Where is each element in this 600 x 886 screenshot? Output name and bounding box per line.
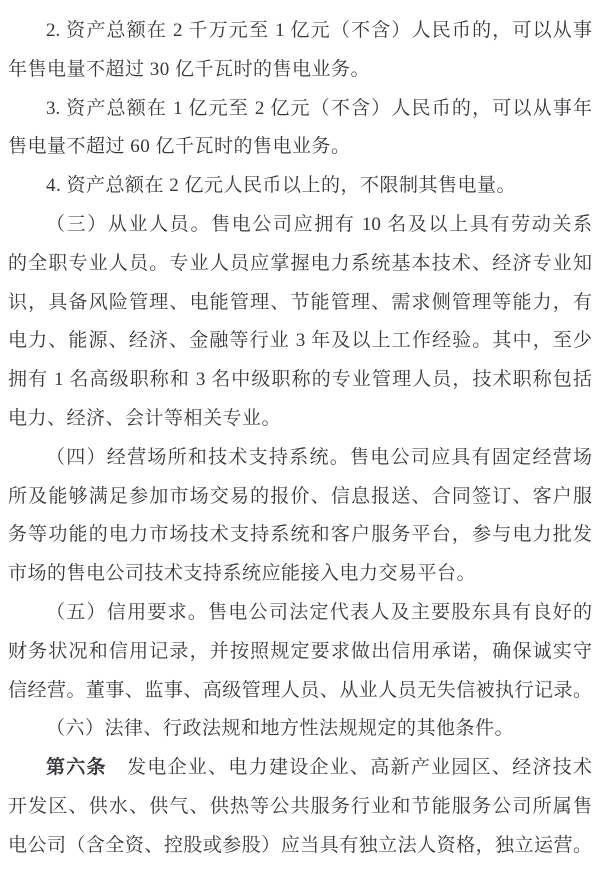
line-text: （三）从业人员。售电公司应拥有 10 名及以上具有劳动关系 <box>46 214 592 235</box>
text-line: （五）信用要求。售电公司法定代表人及主要股东具有良好的 <box>8 594 592 633</box>
article-number: 第六条 <box>46 757 107 778</box>
text-line: 开发区、供水、供气、供热等公共服务行业和节能服务公司所属售 <box>8 788 592 827</box>
line-text: 电力、能源、经济、金融等行业 3 年及以上工作经验。其中，至少 <box>8 330 592 351</box>
line-text: 发电企业、电力建设企业、高新产业园区、经济技术 <box>107 757 592 778</box>
line-text: 信经营。董事、监事、高级管理人员、从业人员无失信被执行记录。 <box>8 680 592 701</box>
text-line: 拥有 1 名高级职称和 3 名中级职称的专业管理人员，技术职称包括 <box>8 361 592 400</box>
line-text: （六）法律、行政法规和地方性法规规定的其他条件。 <box>46 718 514 739</box>
text-line: （三）从业人员。售电公司应拥有 10 名及以上具有劳动关系 <box>8 206 592 245</box>
line-text: 市场的售电公司技术支持系统应能接入电力交易平台。 <box>8 563 476 584</box>
text-line: 的全职专业人员。专业人员应掌握电力系统基本技术、经济专业知 <box>8 245 592 284</box>
text-line: 3. 资产总额在 1 亿元至 2 亿元（不含）人民币的，可以从事年 <box>8 90 592 129</box>
line-text: 务等功能的电力市场技术支持系统和客户服务平台，参与电力批发 <box>8 524 592 545</box>
text-line: 务等功能的电力市场技术支持系统和客户服务平台，参与电力批发 <box>8 516 592 555</box>
text-line: 电力、经济、会计等相关专业。 <box>8 400 592 439</box>
text-line: 所及能够满足参加市场交易的报价、信息报送、合同签订、客户服 <box>8 478 592 517</box>
text-line: 4. 资产总额在 2 亿元人民币以上的，不限制其售电量。 <box>8 167 592 206</box>
line-text: 2. 资产总额在 2 千万元至 1 亿元（不含）人民币的，可以从事 <box>46 20 592 41</box>
text-line: 财务状况和信用记录，并按照规定要求做出信用承诺，确保诚实守 <box>8 633 592 672</box>
line-text: 拥有 1 名高级职称和 3 名中级职称的专业管理人员，技术职称包括 <box>8 369 592 390</box>
text-line: 年售电量不超过 30 亿千瓦时的售电业务。 <box>8 51 592 90</box>
text-line: （四）经营场所和技术支持系统。售电公司应具有固定经营场 <box>8 439 592 478</box>
text-line: （六）法律、行政法规和地方性法规规定的其他条件。 <box>8 710 592 749</box>
text-line: 电公司（含全资、控股或参股）应当具有独立法人资格，独立运营。 <box>8 827 592 866</box>
line-text: 4. 资产总额在 2 亿元人民币以上的，不限制其售电量。 <box>46 175 516 196</box>
document-body: 2. 资产总额在 2 千万元至 1 亿元（不含）人民币的，可以从事年售电量不超过… <box>8 12 592 866</box>
line-text: 的全职专业人员。专业人员应掌握电力系统基本技术、经济专业知 <box>8 253 592 274</box>
line-text: 电力、经济、会计等相关专业。 <box>8 408 281 429</box>
line-text: （四）经营场所和技术支持系统。售电公司应具有固定经营场 <box>46 447 592 468</box>
line-text: 所及能够满足参加市场交易的报价、信息报送、合同签订、客户服 <box>8 486 592 507</box>
text-line: 信经营。董事、监事、高级管理人员、从业人员无失信被执行记录。 <box>8 672 592 711</box>
line-text: 年售电量不超过 30 亿千瓦时的售电业务。 <box>8 59 370 80</box>
line-text: 售电量不超过 60 亿千瓦时的售电业务。 <box>8 136 351 157</box>
line-text: 3. 资产总额在 1 亿元至 2 亿元（不含）人民币的，可以从事年 <box>46 98 592 119</box>
text-line: 2. 资产总额在 2 千万元至 1 亿元（不含）人民币的，可以从事 <box>8 12 592 51</box>
text-line: 售电量不超过 60 亿千瓦时的售电业务。 <box>8 128 592 167</box>
text-line: 第六条 发电企业、电力建设企业、高新产业园区、经济技术 <box>8 749 592 788</box>
line-text: 开发区、供水、供气、供热等公共服务行业和节能服务公司所属售 <box>8 796 592 817</box>
text-line: 电力、能源、经济、金融等行业 3 年及以上工作经验。其中，至少 <box>8 322 592 361</box>
line-text: 电公司（含全资、控股或参股）应当具有独立法人资格，独立运营。 <box>8 835 592 856</box>
line-text: 识，具备风险管理、电能管理、节能管理、需求侧管理等能力，有 <box>8 292 592 313</box>
text-line: 识，具备风险管理、电能管理、节能管理、需求侧管理等能力，有 <box>8 284 592 323</box>
line-text: 财务状况和信用记录，并按照规定要求做出信用承诺，确保诚实守 <box>8 641 592 662</box>
line-text: （五）信用要求。售电公司法定代表人及主要股东具有良好的 <box>46 602 592 623</box>
text-line: 市场的售电公司技术支持系统应能接入电力交易平台。 <box>8 555 592 594</box>
document-page: 2. 资产总额在 2 千万元至 1 亿元（不含）人民币的，可以从事年售电量不超过… <box>0 0 600 886</box>
